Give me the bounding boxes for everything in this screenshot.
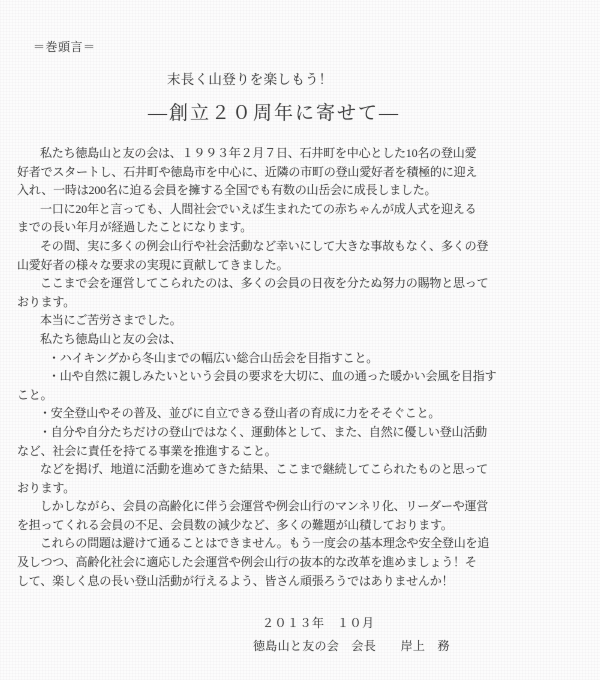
text-line: 山愛好者の様々な要求の実現に貢献してきました。 — [17, 256, 583, 275]
text-line: までの長い年月が経過したことになります。 — [17, 218, 583, 237]
text-line: ・自分や自分たちだけの登山ではなく、運動体として、また、自然に優しい登山活動 — [17, 423, 583, 442]
page-title: 末長く山登りを楽しもう！ — [167, 68, 333, 88]
text-line: 私たち徳島山と友の会は、１９９３年２月７日、石井町を中心とした10名の登山愛 — [17, 144, 583, 163]
text-line: を担ってくれる会員の不足、会員数の減少など、多くの難題が山積しております。 — [17, 516, 583, 535]
text-line: 一口に20年と言っても、人間社会でいえば生まれたての赤ちゃんが成人式を迎える — [17, 200, 583, 219]
text-line: など、社会に責任を持てる事業を推進すること。 — [17, 442, 583, 461]
text-line: ここまで会を運営してこられたのは、多くの会員の日夜を分たぬ努力の賜物と思って — [17, 274, 583, 293]
scanned-document-page: ＝巻頭言＝ 末長く山登りを楽しもう！ ―創立２０周年に寄せて― 私たち徳島山と友… — [0, 0, 600, 680]
date-line: ２０１３年 １０月 — [262, 614, 375, 631]
text-line: して、楽しく息の長い登山活動が行えるよう、皆さん頑張ろうではありませんか！ — [17, 572, 583, 591]
text-line: 本当にご苦労さまでした。 — [17, 311, 583, 330]
signature-line: 徳島山と友の会 会長 岸上 務 — [253, 637, 450, 654]
text-line: これらの問題は避けて通ることはできません。もう一度会の基本理念や安全登山を追 — [17, 534, 583, 553]
text-line: 好者でスタートし、石井町や徳島市を中心に、近隣の市町の登山愛好者を積極的に迎え — [17, 163, 583, 182]
text-line: 及しつつ、高齢化社会に適応した会運営や例会山行の抜本的な改革を進めましょう！そ — [17, 553, 583, 572]
text-line: 私たち徳島山と友の会は、 — [17, 330, 583, 349]
text-line: こと。 — [17, 386, 583, 405]
body-text: 私たち徳島山と友の会は、１９９３年２月７日、石井町を中心とした10名の登山愛好者… — [17, 144, 583, 590]
text-line: 入れ、一時は200名に迫る会員を擁する全国でも有数の山岳会に成長しました。 — [17, 181, 583, 200]
text-line: ・山や自然に親しみたいという会員の要求を大切に、血の通った暖かい会風を目指す — [17, 367, 583, 386]
page-subtitle: ―創立２０周年に寄せて― — [148, 98, 400, 125]
text-line: しかしながら、会員の高齢化に伴う会運営や例会山行のマンネリ化、リーダーや運営 — [17, 497, 583, 516]
header-label: ＝巻頭言＝ — [33, 38, 96, 55]
text-line: その間、実に多くの例会山行や社会活動など幸いにして大きな事故もなく、多くの登 — [17, 237, 583, 256]
text-line: ・安全登山やその普及、並びに自立できる登山者の育成に力をそそぐこと。 — [17, 404, 583, 423]
text-line: などを掲げ、地道に活動を進めてきた結果、ここまで継続してこられたものと思って — [17, 460, 583, 479]
text-line: ・ハイキングから冬山までの幅広い総合山岳会を目指すこと。 — [17, 349, 583, 368]
text-line: おります。 — [17, 293, 583, 312]
text-line: おります。 — [17, 479, 583, 498]
